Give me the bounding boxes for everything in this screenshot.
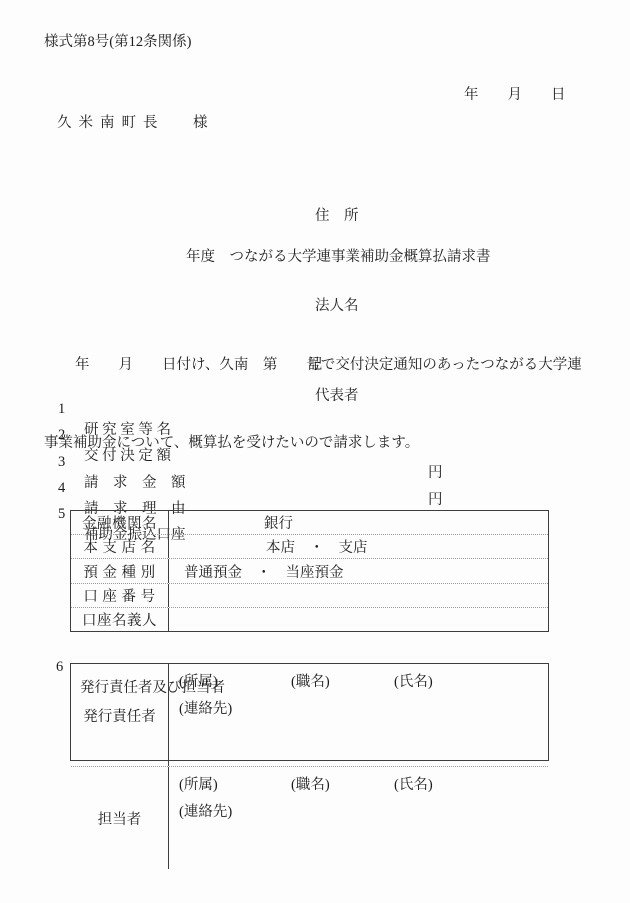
form-number: 様式第8号(第12条関係) xyxy=(44,30,191,51)
row-value: 普通預金 ・ 当座預金 xyxy=(169,561,548,582)
table-row-account-holder: 口座名義人 xyxy=(71,607,548,631)
jobtitle-label: (職名) xyxy=(291,773,330,794)
row-content: (所属) (職名) (氏名) (連絡先) xyxy=(169,767,548,869)
table-row-bank-name: 金融機関名 銀行 xyxy=(71,511,548,534)
section-number: 6 xyxy=(56,659,63,676)
row-label: 本 支 店 名 xyxy=(71,535,169,558)
issue-date-line: 年 月 日 xyxy=(464,83,566,104)
row-label: 発行責任者 xyxy=(71,664,169,766)
staff-row-contact-person: 担当者 (所属) (職名) (氏名) (連絡先) xyxy=(71,766,548,869)
table-row-account-type: 預 金 種 別 普通預金 ・ 当座預金 xyxy=(71,558,548,582)
row-label: 担当者 xyxy=(71,767,169,869)
staff-table: 発行責任者 (所属) (職名) (氏名) (連絡先) 担当者 (所属) (職名)… xyxy=(70,663,549,761)
row-value: 銀行 xyxy=(169,512,548,533)
list-item-3: 3 請 求 金 額 円 xyxy=(0,437,630,457)
document-title: 年度 つながる大学連事業補助金概算払請求書 xyxy=(186,245,491,266)
list-item-5: 5 補助金振込口座 xyxy=(0,489,630,509)
row-label: 口座名義人 xyxy=(71,608,169,631)
row-content: (所属) (職名) (氏名) (連絡先) xyxy=(169,664,548,766)
dept-label: (所属) xyxy=(179,773,218,794)
row-label: 口 座 番 号 xyxy=(71,584,169,607)
name-label: (氏名) xyxy=(394,773,433,794)
row-label: 金融機関名 xyxy=(71,511,169,534)
jobtitle-label: (職名) xyxy=(291,670,330,691)
table-row-branch-name: 本 支 店 名 本店 ・ 支店 xyxy=(71,534,548,558)
row-label: 預 金 種 別 xyxy=(71,559,169,582)
sender-address-label: 住 所 xyxy=(315,201,359,231)
dept-label: (所属) xyxy=(179,670,218,691)
row-value: 本店 ・ 支店 xyxy=(169,536,548,557)
list-item-1: 1 研 究 室 等 名 xyxy=(0,384,630,404)
list-item-4: 4 請 求 理 由 xyxy=(0,463,630,483)
item-number: 5 xyxy=(58,506,65,523)
addressee-honorific: 様 xyxy=(193,111,208,132)
list-item-2: 2 交 付 決 定 額 円 xyxy=(0,410,630,430)
ki-marker: 記 xyxy=(0,353,630,374)
contact-label: (連絡先) xyxy=(179,800,232,821)
section6-heading: 6 発行責任者及び担当者 xyxy=(0,642,630,662)
document-page: 様式第8号(第12条関係) 年 月 日 久米南町長 様 住 所 法人名 代表者 … xyxy=(0,0,630,903)
contact-label: (連絡先) xyxy=(179,697,232,718)
table-row-account-number: 口 座 番 号 xyxy=(71,583,548,607)
addressee-name: 久米南町長 xyxy=(57,111,165,132)
staff-row-issuer: 発行責任者 (所属) (職名) (氏名) (連絡先) xyxy=(71,664,548,766)
bank-account-table: 金融機関名 銀行 本 支 店 名 本店 ・ 支店 預 金 種 別 普通預金 ・ … xyxy=(70,510,549,632)
name-label: (氏名) xyxy=(394,670,433,691)
